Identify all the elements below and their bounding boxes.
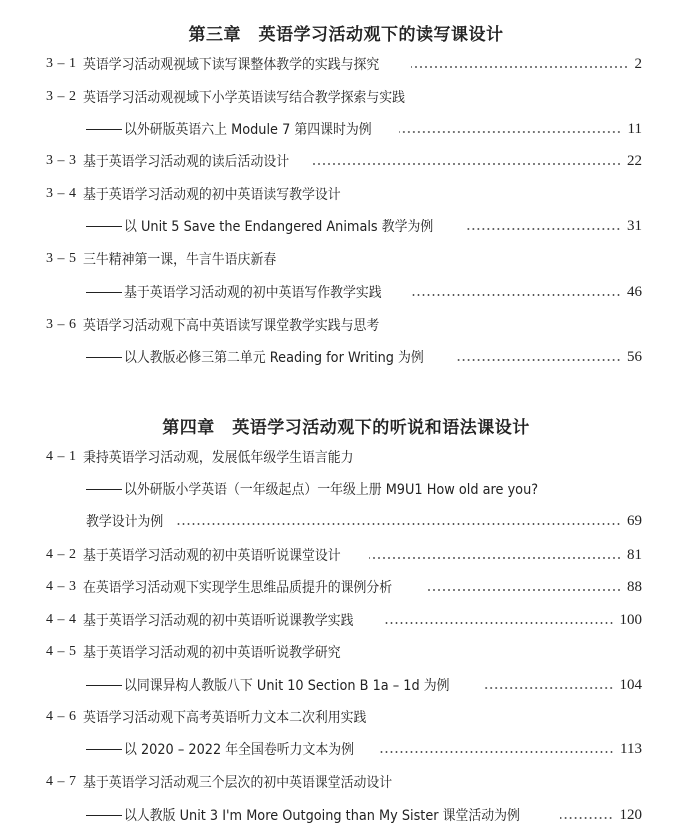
em-dash <box>86 489 122 490</box>
dot-leader <box>560 804 613 826</box>
entry-title: 基于英语学习活动观的初中英语读写教学设计 <box>83 184 341 204</box>
entry-title: 基于英语学习活动观的初中英语听说教学研究 <box>83 642 341 662</box>
entry-title: 英语学习活动观视域下读写课整体教学的实践与探究 <box>83 54 379 74</box>
toc-entry-3-4-subtitle[interactable]: 以 Unit 5 Save the Endangered Animals 教学为… <box>86 215 642 237</box>
toc-entry-4-7-subtitle[interactable]: 以人教版 Unit 3 I'm More Outgoing than My Si… <box>86 804 642 826</box>
dot-leader <box>369 544 622 566</box>
em-dash <box>86 357 122 358</box>
entry-title: 英语学习活动观下高考英语听力文本二次利用实践 <box>83 707 366 727</box>
entry-number: 3 – 6 <box>46 317 77 333</box>
page-number: 88 <box>627 579 642 596</box>
toc-entry-4-6-subtitle[interactable]: 以 2020 – 2022 年全国卷听力文本为例 113 <box>86 738 642 760</box>
entry-title: 基于英语学习活动观的初中英语听说课堂设计 <box>83 545 341 565</box>
toc-entry-4-3[interactable]: 4 – 3 在英语学习活动观下实现学生思维品质提升的课例分析 88 <box>46 576 642 598</box>
entry-number: 3 – 1 <box>46 56 77 72</box>
toc-entry-3-6[interactable]: 3 – 6 英语学习活动观下高中英语读写课堂教学实践与思考 <box>46 314 642 336</box>
page-number: 100 <box>620 612 643 629</box>
toc-entry-4-7[interactable]: 4 – 7 基于英语学习活动观三个层次的初中英语课堂活动设计 <box>46 771 642 793</box>
toc-entry-4-1-continuation[interactable]: 教学设计为例 69 <box>86 510 642 532</box>
dot-leader <box>313 150 622 172</box>
page-number: 31 <box>627 218 642 235</box>
entry-number: 3 – 5 <box>46 251 77 267</box>
entry-title: 基于英语学习活动观三个层次的初中英语课堂活动设计 <box>83 772 392 792</box>
entry-number: 4 – 4 <box>46 612 77 628</box>
em-dash <box>86 226 122 227</box>
entry-title: 基于英语学习活动观的初中英语听说课教学实践 <box>83 610 353 630</box>
toc-entry-3-5-subtitle[interactable]: 基于英语学习活动观的初中英语写作教学实践 46 <box>86 281 642 303</box>
page-number: 56 <box>627 349 642 366</box>
toc-entry-3-6-subtitle[interactable]: 以人教版必修三第二单元 Reading for Writing 为例 56 <box>86 346 642 368</box>
entry-subtitle: 以人教版 Unit 3 I'm More Outgoing than My Si… <box>124 805 520 825</box>
entry-title: 三牛精神第一课，牛言牛语庆新春 <box>83 249 276 269</box>
dot-leader <box>383 609 614 631</box>
entry-number: 4 – 5 <box>46 644 77 660</box>
entry-subtitle: 以外研版英语六上 Module 7 第四课时为例 <box>124 119 372 139</box>
entry-number: 4 – 2 <box>46 547 77 563</box>
page-number: 22 <box>627 153 642 170</box>
toc-entry-3-5[interactable]: 3 – 5 三牛精神第一课，牛言牛语庆新春 <box>46 248 642 270</box>
em-dash <box>86 749 122 750</box>
toc-entry-3-1[interactable]: 3 – 1 英语学习活动观视域下读写课整体教学的实践与探究 2 <box>46 53 642 75</box>
toc-entry-4-5[interactable]: 4 – 5 基于英语学习活动观的初中英语听说教学研究 <box>46 641 642 663</box>
page-number: 46 <box>627 284 642 301</box>
entry-subtitle: 以同课异构人教版八下 Unit 10 Section B 1a – 1d 为例 <box>124 675 450 695</box>
dot-leader <box>466 215 621 237</box>
entry-subtitle: 以 Unit 5 Save the Endangered Animals 教学为… <box>124 216 433 236</box>
toc-entry-4-1-subtitle[interactable]: 以外研版小学英语（一年级起点）一年级上册 M9U1 How old are yo… <box>86 478 642 500</box>
entry-title: 英语学习活动观下高中英语读写课堂教学实践与思考 <box>83 315 379 335</box>
entry-number: 4 – 1 <box>46 449 77 465</box>
dot-leader <box>399 118 621 140</box>
page-number: 113 <box>620 741 642 758</box>
toc-entry-4-5-subtitle[interactable]: 以同课异构人教版八下 Unit 10 Section B 1a – 1d 为例 … <box>86 674 642 696</box>
toc-entry-3-2-subtitle[interactable]: 以外研版英语六上 Module 7 第四课时为例 11 <box>86 118 642 140</box>
dot-leader <box>411 53 629 75</box>
entry-subtitle: 以外研版小学英语（一年级起点）一年级上册 M9U1 How old are yo… <box>124 479 538 499</box>
dot-leader <box>380 738 614 760</box>
dot-leader <box>425 576 622 598</box>
dot-leader <box>176 510 621 532</box>
entry-number: 4 – 3 <box>46 579 77 595</box>
entry-number: 3 – 2 <box>46 89 77 105</box>
entry-continuation: 教学设计为例 <box>86 511 163 531</box>
entry-subtitle: 基于英语学习活动观的初中英语写作教学实践 <box>124 282 382 302</box>
entry-subtitle: 以人教版必修三第二单元 Reading for Writing 为例 <box>124 347 424 367</box>
em-dash <box>86 292 122 293</box>
chapter-title: 第四章 英语学习活动观下的听说和语法课设计 <box>0 413 680 438</box>
entry-title: 英语学习活动观视域下小学英语读写结合教学探索与实践 <box>83 87 405 107</box>
page-number: 69 <box>627 513 642 530</box>
dot-leader <box>456 346 621 368</box>
em-dash <box>86 685 122 686</box>
toc-entry-3-4[interactable]: 3 – 4 基于英语学习活动观的初中英语读写教学设计 <box>46 183 642 205</box>
entry-subtitle: 以 2020 – 2022 年全国卷听力文本为例 <box>124 739 354 759</box>
page-number: 104 <box>620 677 643 694</box>
entry-number: 3 – 4 <box>46 186 77 202</box>
chapter-title: 第三章 英语学习活动观下的读写课设计 <box>0 20 680 45</box>
page-number: 120 <box>620 807 643 824</box>
page-number: 11 <box>628 121 642 138</box>
em-dash <box>86 815 122 816</box>
page-number: 2 <box>634 56 642 73</box>
entry-title: 基于英语学习活动观的读后活动设计 <box>83 151 289 171</box>
page-number: 81 <box>627 547 642 564</box>
dot-leader <box>410 281 621 303</box>
entry-number: 4 – 7 <box>46 774 77 790</box>
toc-entry-3-3[interactable]: 3 – 3 基于英语学习活动观的读后活动设计 22 <box>46 150 642 172</box>
toc-entry-4-1[interactable]: 4 – 1 秉持英语学习活动观，发展低年级学生语言能力 <box>46 446 642 468</box>
toc-entry-4-2[interactable]: 4 – 2 基于英语学习活动观的初中英语听说课堂设计 81 <box>46 544 642 566</box>
entry-number: 3 – 3 <box>46 153 77 169</box>
entry-title: 秉持英语学习活动观，发展低年级学生语言能力 <box>83 447 353 467</box>
toc-entry-4-4[interactable]: 4 – 4 基于英语学习活动观的初中英语听说课教学实践 100 <box>46 609 642 631</box>
em-dash <box>86 129 122 130</box>
entry-number: 4 – 6 <box>46 709 77 725</box>
entry-title: 在英语学习活动观下实现学生思维品质提升的课例分析 <box>83 577 392 597</box>
toc-entry-3-2[interactable]: 3 – 2 英语学习活动观视域下小学英语读写结合教学探索与实践 <box>46 86 642 108</box>
dot-leader <box>484 674 614 696</box>
toc-entry-4-6[interactable]: 4 – 6 英语学习活动观下高考英语听力文本二次利用实践 <box>46 706 642 728</box>
